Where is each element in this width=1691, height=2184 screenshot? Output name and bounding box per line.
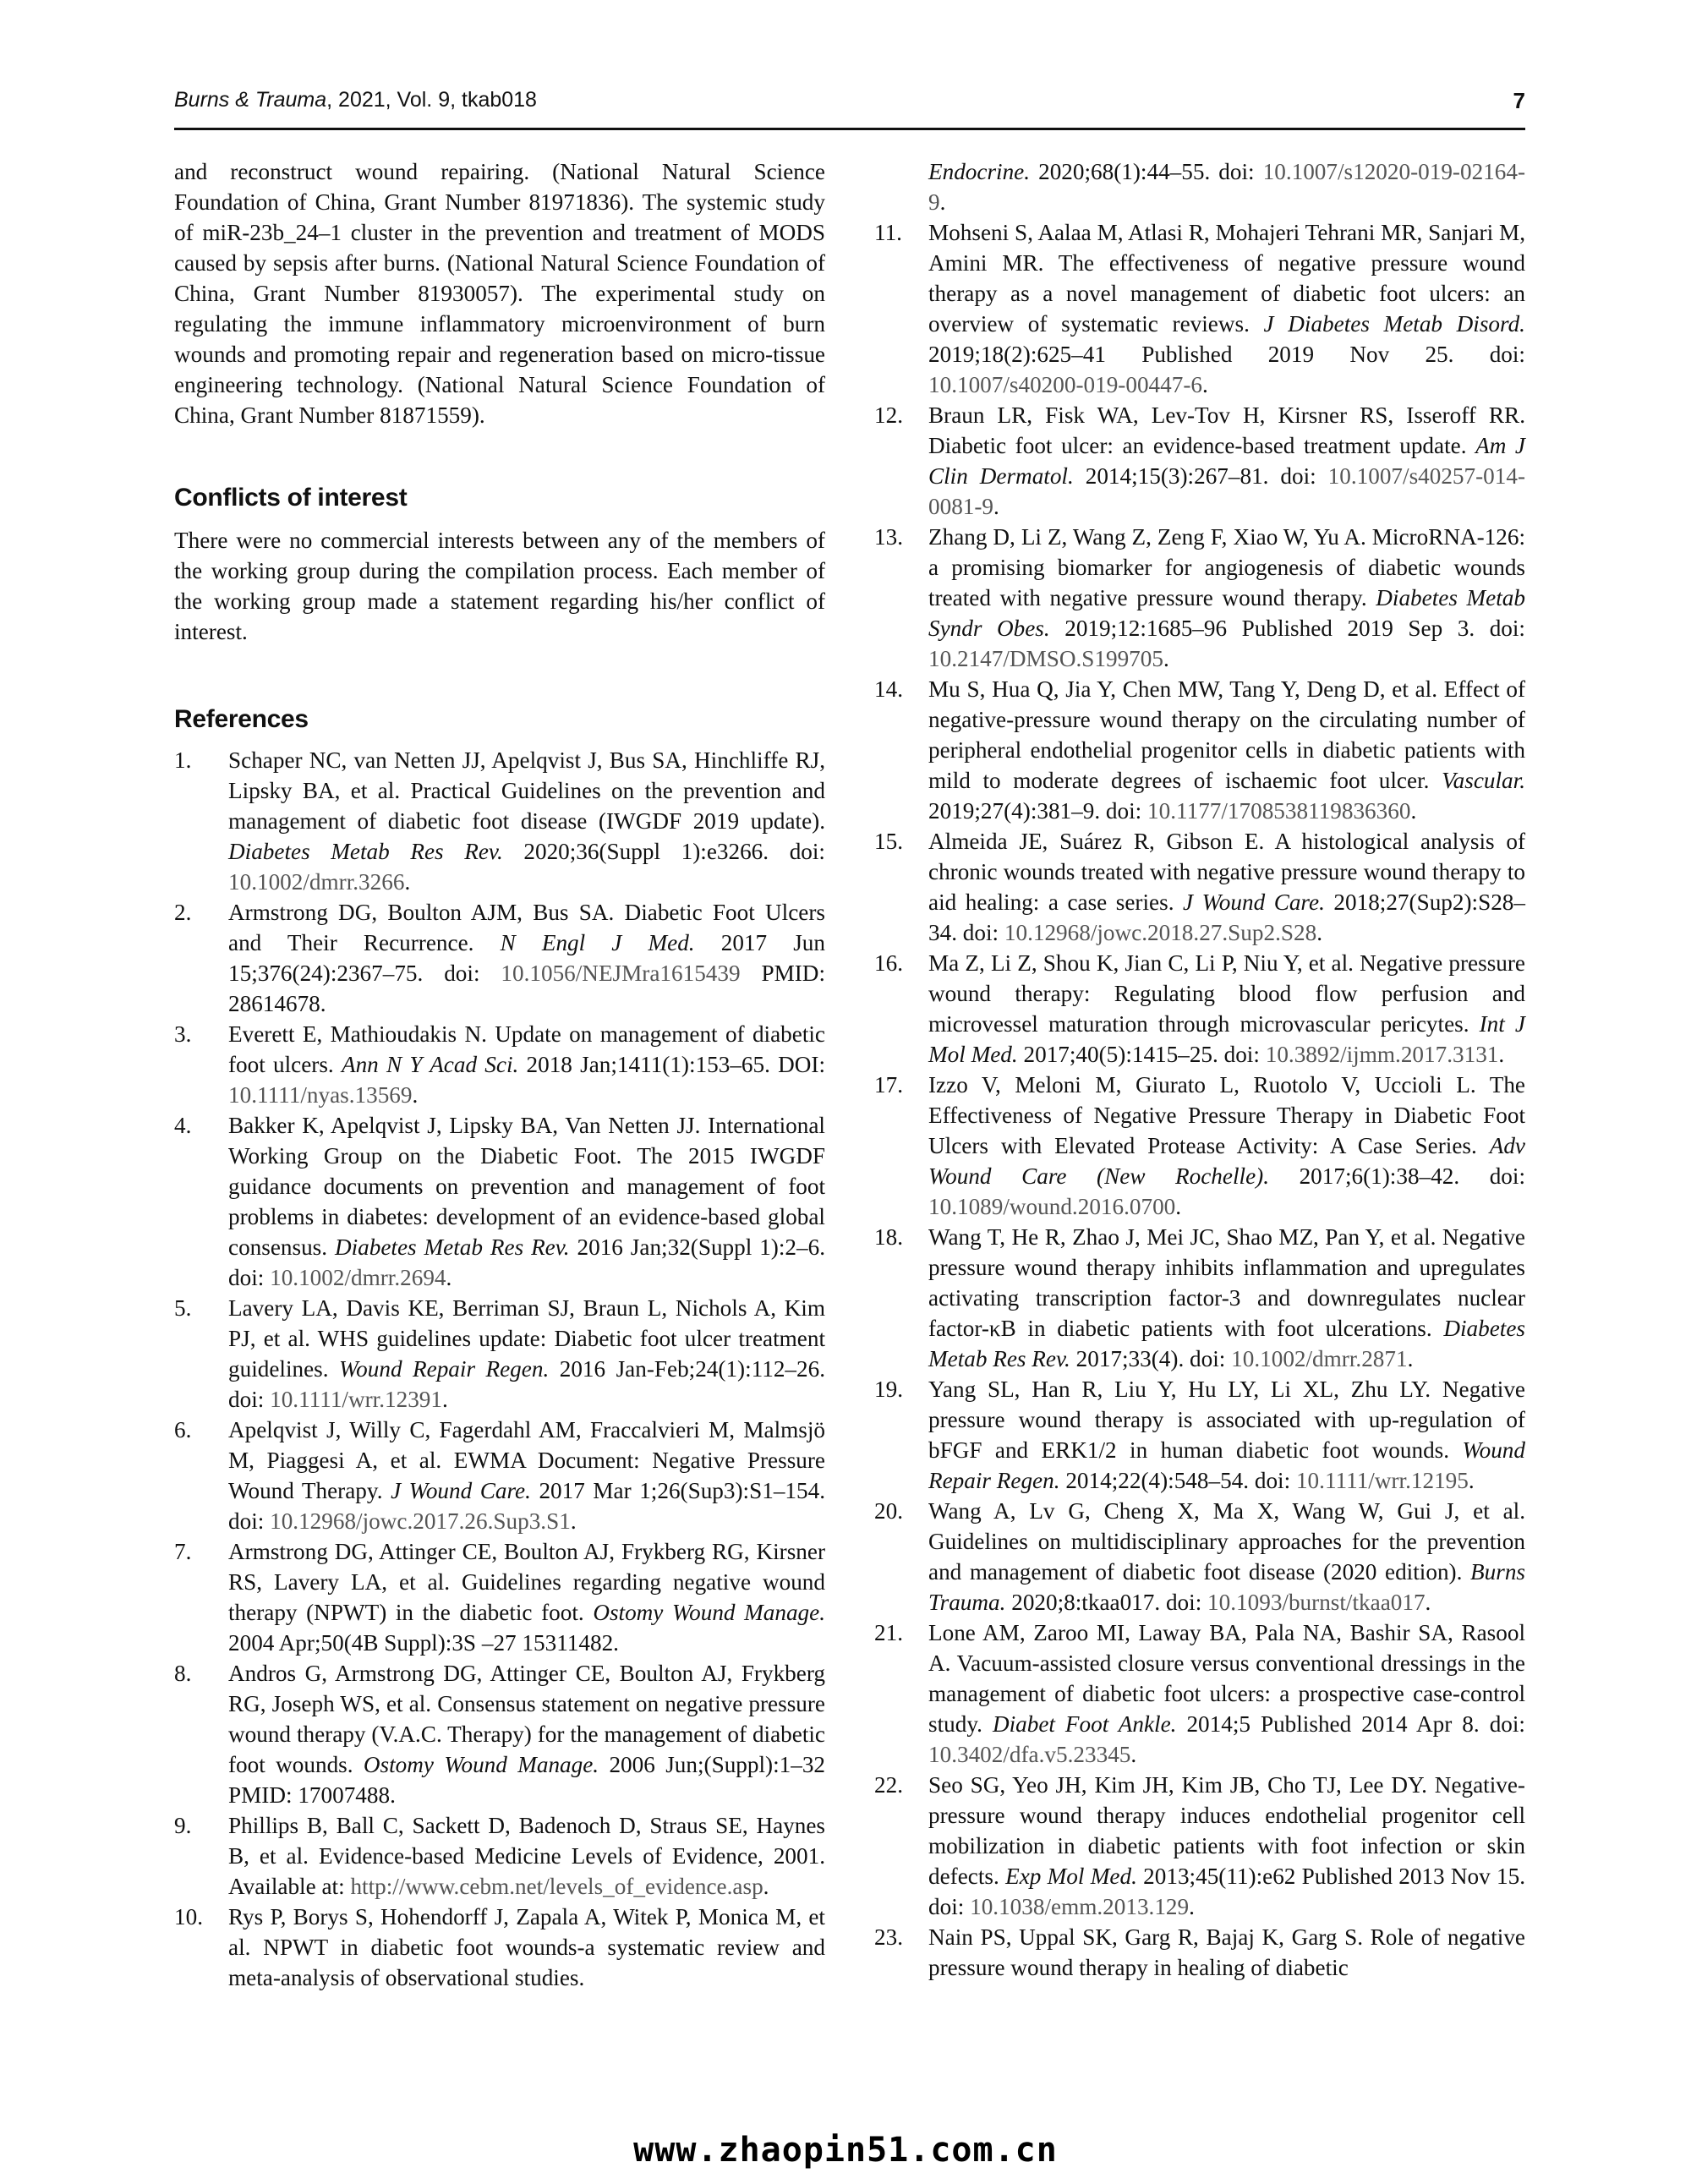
references-heading: References <box>174 704 825 735</box>
reference-text: Everett E, Mathioudakis N. Update on man… <box>228 1019 825 1110</box>
reference-pre: Ma Z, Li Z, Shou K, Jian C, Li P, Niu Y,… <box>928 950 1525 1037</box>
doi-link[interactable]: 10.3892/ijmm.2017.3131 <box>1266 1042 1499 1067</box>
reference-text: Seo SG, Yeo JH, Kim JH, Kim JB, Cho TJ, … <box>928 1770 1525 1922</box>
reference-text: Ma Z, Li Z, Shou K, Jian C, Li P, Niu Y,… <box>928 948 1525 1070</box>
journal-abbrev: J Wound Care. <box>1183 889 1325 915</box>
reference-item: 1.Schaper NC, van Netten JJ, Apelqvist J… <box>174 745 825 897</box>
journal-abbrev: Wound Repair Regen. <box>339 1356 549 1382</box>
reference-text: Braun LR, Fisk WA, Lev-Tov H, Kirsner RS… <box>928 400 1525 522</box>
doi-link[interactable]: 10.12968/jowc.2017.26.Sup3.S1 <box>270 1508 571 1534</box>
reference-text: Phillips B, Ball C, Sackett D, Badenoch … <box>228 1810 825 1902</box>
reference-number: 20. <box>874 1496 928 1617</box>
reference-post: 2017;33(4). doi: <box>1070 1346 1231 1371</box>
reference-number: 16. <box>874 948 928 1070</box>
reference-post: 2019;18(2):625–41 Published 2019 Nov 25.… <box>928 342 1525 367</box>
reference-pre: Izzo V, Meloni M, Giurato L, Ruotolo V, … <box>928 1072 1525 1158</box>
reference-tail: . <box>1189 1894 1195 1919</box>
reference-text: Rys P, Borys S, Hohendorff J, Zapala A, … <box>228 1902 825 1993</box>
reference-number: 19. <box>874 1374 928 1496</box>
conflicts-paragraph: There were no commercial interests betwe… <box>174 525 825 647</box>
reference-number <box>874 156 928 217</box>
doi-link[interactable]: 10.12968/jowc.2018.27.Sup2.S28 <box>1004 920 1316 945</box>
journal-abbrev: Ann N Y Acad Sci. <box>342 1052 518 1077</box>
journal-abbrev: Ostomy Wound Manage. <box>364 1752 599 1777</box>
reference-tail: . <box>1408 1346 1414 1371</box>
reference-item: 11.Mohseni S, Aalaa M, Atlasi R, Mohajer… <box>874 217 1525 400</box>
doi-link[interactable]: http://www.cebm.net/levels_of_evidence.a… <box>350 1874 763 1899</box>
reference-number: 22. <box>874 1770 928 1922</box>
reference-post: 2017;40(5):1415–25. doi: <box>1018 1042 1266 1067</box>
journal-abbrev: Ostomy Wound Manage. <box>593 1600 825 1625</box>
reference-text: Zhang D, Li Z, Wang Z, Zeng F, Xiao W, Y… <box>928 522 1525 674</box>
journal-abbrev: Diabet Foot Ankle. <box>993 1711 1177 1737</box>
reference-tail: . <box>1175 1194 1181 1219</box>
reference-post: 2004 Apr;50(4B Suppl):3S –27 15311482. <box>228 1630 619 1656</box>
reference-text: Mohseni S, Aalaa M, Atlasi R, Mohajeri T… <box>928 217 1525 400</box>
reference-number: 6. <box>174 1415 228 1536</box>
reference-item: 7.Armstrong DG, Attinger CE, Boulton AJ,… <box>174 1536 825 1658</box>
reference-post: 2014;22(4):548–54. doi: <box>1060 1468 1296 1493</box>
reference-number: 8. <box>174 1658 228 1810</box>
journal-abbrev: J Diabetes Metab Disord. <box>1264 311 1525 337</box>
journal-page: Burns & Trauma, 2021, Vol. 9, tkab018 7 … <box>0 0 1691 2184</box>
doi-link[interactable]: 10.1111/wrr.12391 <box>270 1387 442 1412</box>
reference-item: 10.Rys P, Borys S, Hohendorff J, Zapala … <box>174 1902 825 1993</box>
reference-tail: . <box>571 1508 577 1534</box>
doi-link[interactable]: 10.1111/nyas.13569 <box>228 1082 413 1108</box>
reference-item: Endocrine. 2020;68(1):44–55. doi: 10.100… <box>874 156 1525 217</box>
reference-text: Wang T, He R, Zhao J, Mei JC, Shao MZ, P… <box>928 1222 1525 1374</box>
reference-post: 2019;27(4):381–9. doi: <box>928 798 1147 824</box>
reference-text: Armstrong DG, Boulton AJM, Bus SA. Diabe… <box>228 897 825 1019</box>
reference-tail: . <box>1426 1590 1431 1615</box>
reference-item: 22.Seo SG, Yeo JH, Kim JH, Kim JB, Cho T… <box>874 1770 1525 1922</box>
funding-paragraph: and reconstruct wound repairing. (Nation… <box>174 156 825 430</box>
doi-link[interactable]: 10.1002/dmrr.2694 <box>270 1265 446 1290</box>
reference-text: Mu S, Hua Q, Jia Y, Chen MW, Tang Y, Den… <box>928 674 1525 826</box>
reference-tail: . <box>442 1387 448 1412</box>
reference-text: Wang A, Lv G, Cheng X, Ma X, Wang W, Gui… <box>928 1496 1525 1617</box>
reference-item: 8.Andros G, Armstrong DG, Attinger CE, B… <box>174 1658 825 1810</box>
reference-post: 2018 Jan;1411(1):153–65. DOI: <box>518 1052 825 1077</box>
reference-item: 12.Braun LR, Fisk WA, Lev-Tov H, Kirsner… <box>874 400 1525 522</box>
journal-abbrev: N Engl J Med. <box>501 930 695 955</box>
reference-pre: Braun LR, Fisk WA, Lev-Tov H, Kirsner RS… <box>928 402 1525 458</box>
reference-text: Bakker K, Apelqvist J, Lipsky BA, Van Ne… <box>228 1110 825 1293</box>
reference-tail: . <box>446 1265 452 1290</box>
reference-item: 5.Lavery LA, Davis KE, Berriman SJ, Brau… <box>174 1293 825 1415</box>
reference-tail: . <box>940 189 946 215</box>
reference-item: 13.Zhang D, Li Z, Wang Z, Zeng F, Xiao W… <box>874 522 1525 674</box>
reference-tail: . <box>1410 798 1416 824</box>
reference-item: 4.Bakker K, Apelqvist J, Lipsky BA, Van … <box>174 1110 825 1293</box>
journal-citation: Burns & Trauma, 2021, Vol. 9, tkab018 <box>174 88 537 112</box>
reference-item: 23.Nain PS, Uppal SK, Garg R, Bajaj K, G… <box>874 1922 1525 1983</box>
reference-number: 3. <box>174 1019 228 1110</box>
reference-number: 13. <box>874 522 928 674</box>
reference-post: 2020;36(Suppl 1):e3266. doi: <box>503 839 825 864</box>
reference-number: 10. <box>174 1902 228 1993</box>
reference-text: Andros G, Armstrong DG, Attinger CE, Bou… <box>228 1658 825 1810</box>
reference-pre: Rys P, Borys S, Hohendorff J, Zapala A, … <box>228 1904 825 1990</box>
reference-number: 1. <box>174 745 228 897</box>
reference-item: 3.Everett E, Mathioudakis N. Update on m… <box>174 1019 825 1110</box>
reference-text: Lavery LA, Davis KE, Berriman SJ, Braun … <box>228 1293 825 1415</box>
reference-number: 12. <box>874 400 928 522</box>
reference-pre: Schaper NC, van Netten JJ, Apelqvist J, … <box>228 747 825 834</box>
reference-text: Yang SL, Han R, Liu Y, Hu LY, Li XL, Zhu… <box>928 1374 1525 1496</box>
reference-item: 6.Apelqvist J, Willy C, Fagerdahl AM, Fr… <box>174 1415 825 1536</box>
page-number: 7 <box>1513 88 1525 114</box>
reference-tail: . <box>1316 920 1322 945</box>
reference-post: 2020;68(1):44–55. doi: <box>1030 159 1263 184</box>
reference-item: 18.Wang T, He R, Zhao J, Mei JC, Shao MZ… <box>874 1222 1525 1374</box>
reference-post: 2014;15(3):267–81. doi: <box>1074 463 1328 489</box>
reference-item: 16.Ma Z, Li Z, Shou K, Jian C, Li P, Niu… <box>874 948 1525 1070</box>
reference-tail: . <box>993 494 999 519</box>
reference-item: 9.Phillips B, Ball C, Sackett D, Badenoc… <box>174 1810 825 1902</box>
journal-abbrev: Diabetes Metab Res Rev. <box>228 839 503 864</box>
journal-abbrev: Diabetes Metab Res Rev. <box>335 1234 570 1260</box>
reference-number: 7. <box>174 1536 228 1658</box>
reference-text: Almeida JE, Suárez R, Gibson E. A histol… <box>928 826 1525 948</box>
reference-text: Lone AM, Zaroo MI, Laway BA, Pala NA, Ba… <box>928 1617 1525 1770</box>
doi-link[interactable]: 10.3402/dfa.v5.23345 <box>928 1742 1130 1767</box>
reference-number: 21. <box>874 1617 928 1770</box>
reference-post: 2014;5 Published 2014 Apr 8. doi: <box>1176 1711 1525 1737</box>
reference-text: Armstrong DG, Attinger CE, Boulton AJ, F… <box>228 1536 825 1658</box>
reference-text: Schaper NC, van Netten JJ, Apelqvist J, … <box>228 745 825 897</box>
doi-link[interactable]: 10.1038/emm.2013.129 <box>970 1894 1189 1919</box>
doi-link[interactable]: 10.2147/DMSO.S199705 <box>928 646 1163 671</box>
reference-number: 9. <box>174 1810 228 1902</box>
reference-number: 5. <box>174 1293 228 1415</box>
header-rule <box>174 128 1525 130</box>
reference-item: 21.Lone AM, Zaroo MI, Laway BA, Pala NA,… <box>874 1617 1525 1770</box>
reference-item: 14.Mu S, Hua Q, Jia Y, Chen MW, Tang Y, … <box>874 674 1525 826</box>
reference-tail: . <box>413 1082 419 1108</box>
reference-text: Endocrine. 2020;68(1):44–55. doi: 10.100… <box>928 156 1525 217</box>
doi-link[interactable]: 10.1093/burnst/tkaa017 <box>1207 1590 1426 1615</box>
doi-link[interactable]: 10.1177/1708538119836360 <box>1147 798 1410 824</box>
conflicts-heading: Conflicts of interest <box>174 483 825 513</box>
reference-tail: . <box>1469 1468 1475 1493</box>
reference-item: 2.Armstrong DG, Boulton AJM, Bus SA. Dia… <box>174 897 825 1019</box>
reference-pre: Yang SL, Han R, Liu Y, Hu LY, Li XL, Zhu… <box>928 1377 1525 1463</box>
reference-tail: . <box>1163 646 1169 671</box>
reference-item: 17.Izzo V, Meloni M, Giurato L, Ruotolo … <box>874 1070 1525 1222</box>
reference-item: 20.Wang A, Lv G, Cheng X, Ma X, Wang W, … <box>874 1496 1525 1617</box>
journal-abbrev: J Wound Care. <box>391 1478 531 1503</box>
doi-link[interactable]: 10.1111/wrr.12195 <box>1296 1468 1469 1493</box>
doi-link[interactable]: 10.1002/dmrr.3266 <box>228 869 404 895</box>
reference-tail: . <box>1202 372 1208 397</box>
reference-number: 2. <box>174 897 228 1019</box>
reference-post: 2017;6(1):38–42. doi: <box>1269 1163 1525 1189</box>
journal-name: Burns & Trauma <box>174 88 326 112</box>
reference-list-right: Endocrine. 2020;68(1):44–55. doi: 10.100… <box>874 156 1525 1983</box>
reference-number: 17. <box>874 1070 928 1222</box>
reference-post: 2020;8:tkaa017. doi: <box>1005 1590 1207 1615</box>
reference-tail: . <box>763 1874 769 1899</box>
doi-link[interactable]: 10.1007/s40200-019-00447-6 <box>928 372 1202 397</box>
reference-text: Nain PS, Uppal SK, Garg R, Bajaj K, Garg… <box>928 1922 1525 1983</box>
doi-link[interactable]: 10.1056/NEJMra1615439 <box>501 961 740 986</box>
reference-item: 15.Almeida JE, Suárez R, Gibson E. A his… <box>874 826 1525 948</box>
reference-number: 18. <box>874 1222 928 1374</box>
doi-link[interactable]: 10.1089/wound.2016.0700 <box>928 1194 1175 1219</box>
journal-abbrev: Endocrine. <box>928 159 1030 184</box>
reference-number: 23. <box>874 1922 928 1983</box>
doi-link[interactable]: 10.1002/dmrr.2871 <box>1231 1346 1407 1371</box>
reference-number: 4. <box>174 1110 228 1293</box>
watermark: www.zhaopin51.com.cn <box>0 2131 1691 2170</box>
right-column: Endocrine. 2020;68(1):44–55. doi: 10.100… <box>874 156 1525 1983</box>
reference-pre: Nain PS, Uppal SK, Garg R, Bajaj K, Garg… <box>928 1924 1525 1980</box>
reference-pre: Mu S, Hua Q, Jia Y, Chen MW, Tang Y, Den… <box>928 676 1525 793</box>
journal-abbrev: Vascular. <box>1442 768 1525 793</box>
reference-number: 14. <box>874 674 928 826</box>
journal-volume: , 2021, Vol. 9, tkab018 <box>326 88 537 112</box>
reference-tail: . <box>1130 1742 1136 1767</box>
reference-pre: Wang T, He R, Zhao J, Mei JC, Shao MZ, P… <box>928 1224 1525 1341</box>
reference-text: Apelqvist J, Willy C, Fagerdahl AM, Frac… <box>228 1415 825 1536</box>
journal-abbrev: Exp Mol Med. <box>1005 1864 1137 1889</box>
reference-text: Izzo V, Meloni M, Giurato L, Ruotolo V, … <box>928 1070 1525 1222</box>
running-head: Burns & Trauma, 2021, Vol. 9, tkab018 7 <box>174 85 1525 118</box>
reference-pre: Wang A, Lv G, Cheng X, Ma X, Wang W, Gui… <box>928 1498 1525 1585</box>
reference-number: 11. <box>874 217 928 400</box>
left-column: and reconstruct wound repairing. (Nation… <box>174 156 825 1993</box>
reference-list-left: 1.Schaper NC, van Netten JJ, Apelqvist J… <box>174 745 825 1993</box>
reference-tail: . <box>1498 1042 1504 1067</box>
reference-post: 2019;12:1685–96 Published 2019 Sep 3. do… <box>1050 616 1525 641</box>
reference-number: 15. <box>874 826 928 948</box>
reference-tail: . <box>404 869 410 895</box>
reference-item: 19.Yang SL, Han R, Liu Y, Hu LY, Li XL, … <box>874 1374 1525 1496</box>
